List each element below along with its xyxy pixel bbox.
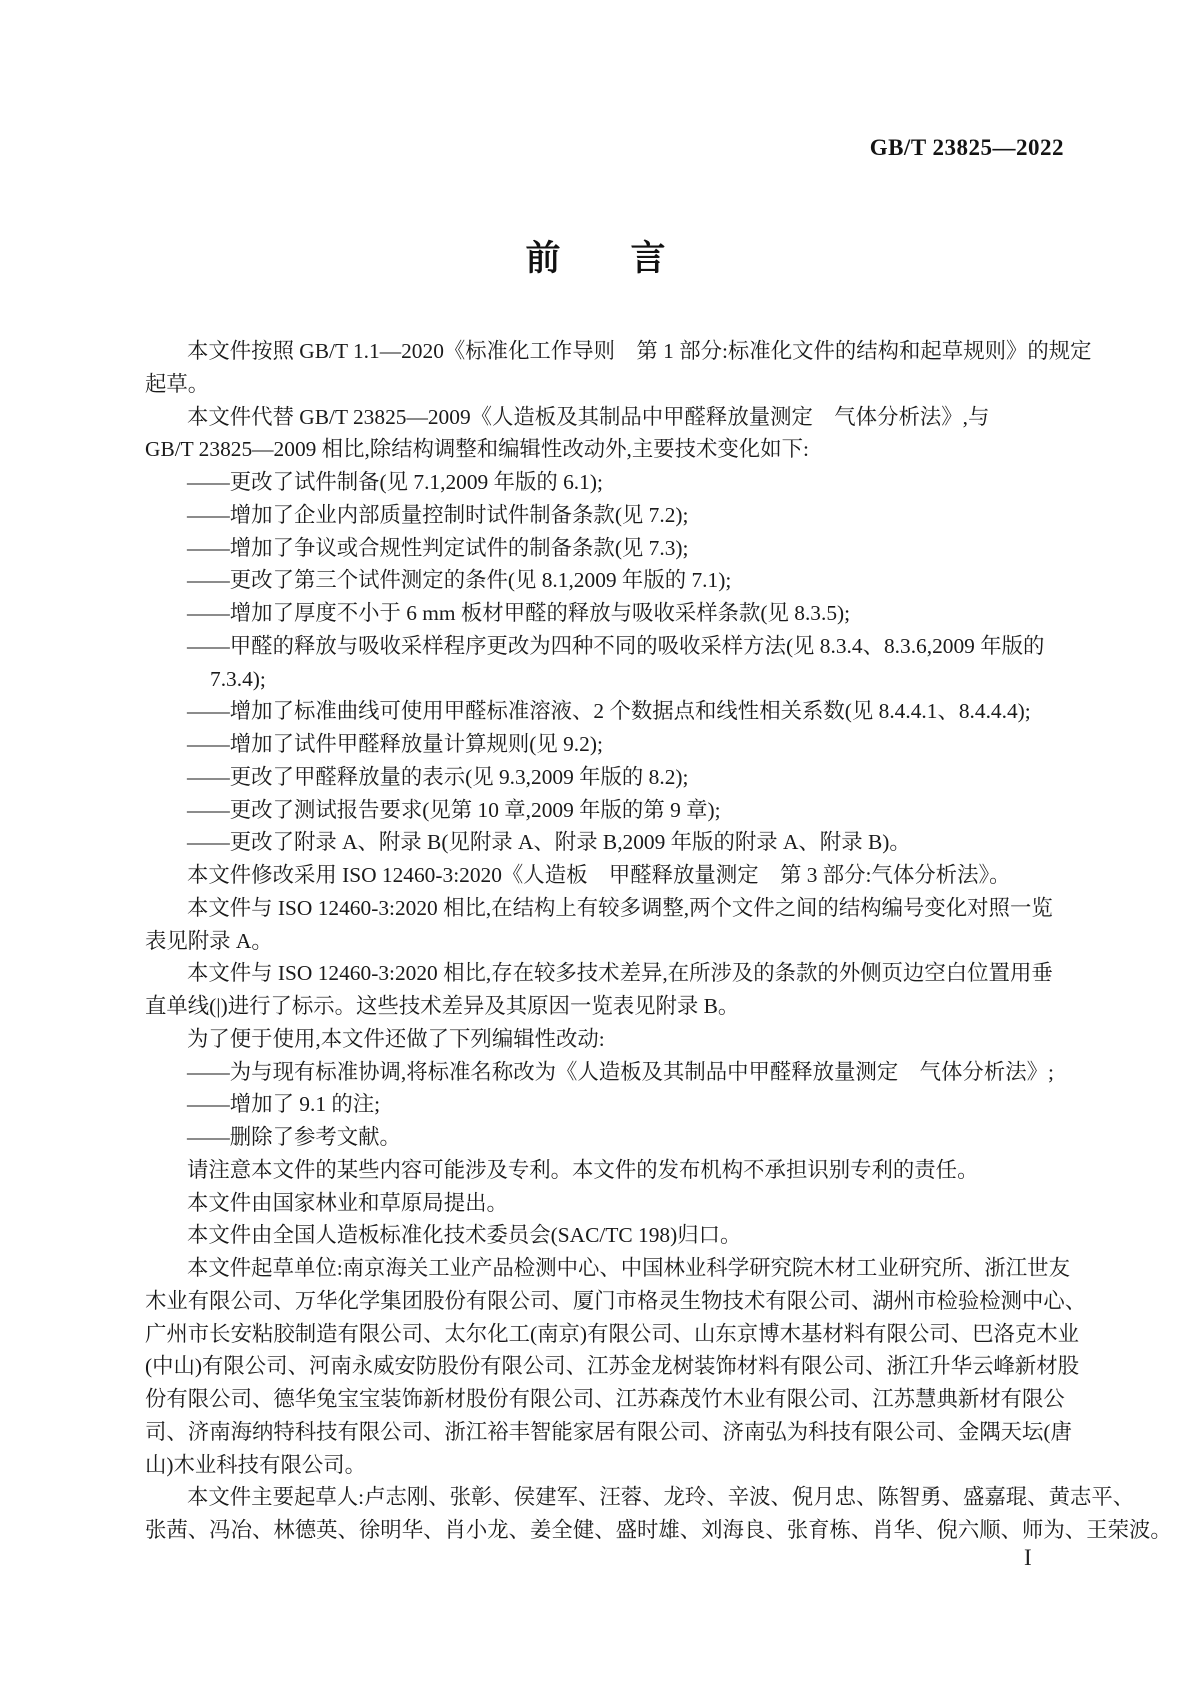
foreword-line: 请注意本文件的某些内容可能涉及专利。本文件的发布机构不承担识别专利的责任。: [145, 1154, 1063, 1187]
foreword-line: GB/T 23825—2009 相比,除结构调整和编辑性改动外,主要技术变化如下…: [145, 433, 1063, 466]
standard-number: GB/T 23825—2022: [870, 135, 1064, 161]
foreword-line: ——删除了参考文献。: [145, 1121, 1063, 1154]
foreword-line: ——更改了测试报告要求(见第 10 章,2009 年版的第 9 章);: [145, 794, 1063, 827]
foreword-lines: 本文件按照 GB/T 1.1—2020《标准化工作导则 第 1 部分:标准化文件…: [145, 335, 1063, 1547]
document-page: GB/T 23825—2022 前 言 本文件按照 GB/T 1.1—2020《…: [0, 0, 1191, 1684]
foreword-line: ——更改了试件制备(见 7.1,2009 年版的 6.1);: [145, 466, 1063, 499]
foreword-line: (中山)有限公司、河南永威安防股份有限公司、江苏金龙树装饰材料有限公司、浙江升华…: [145, 1350, 1063, 1383]
foreword-line: 份有限公司、德华兔宝宝装饰新材股份有限公司、江苏森茂竹木业有限公司、江苏慧典新材…: [145, 1383, 1063, 1416]
foreword-line: 山)木业科技有限公司。: [145, 1449, 1063, 1482]
page-title: 前 言: [0, 231, 1191, 281]
foreword-line: 本文件主要起草人:卢志刚、张彰、侯建军、汪蓉、龙玲、辛波、倪月忠、陈智勇、盛嘉琨…: [145, 1481, 1063, 1514]
foreword-line: ——增加了 9.1 的注;: [145, 1088, 1063, 1121]
foreword-line: 本文件与 ISO 12460-3:2020 相比,存在较多技术差异,在所涉及的条…: [145, 957, 1063, 990]
foreword-line: 起草。: [145, 368, 1063, 401]
foreword-line: 本文件与 ISO 12460-3:2020 相比,在结构上有较多调整,两个文件之…: [145, 892, 1063, 925]
foreword-line: 张茜、冯冶、林德英、徐明华、肖小龙、姜全健、盛时雄、刘海良、张育栋、肖华、倪六顺…: [145, 1514, 1063, 1547]
foreword-line: ——更改了附录 A、附录 B(见附录 A、附录 B,2009 年版的附录 A、附…: [145, 826, 1063, 859]
foreword-line: 7.3.4);: [145, 663, 1063, 696]
foreword-line: ——更改了甲醛释放量的表示(见 9.3,2009 年版的 8.2);: [145, 761, 1063, 794]
foreword-line: 本文件起草单位:南京海关工业产品检测中心、中国林业科学研究院木材工业研究所、浙江…: [145, 1252, 1063, 1285]
foreword-line: ——增加了争议或合规性判定试件的制备条款(见 7.3);: [145, 532, 1063, 565]
foreword-line: 表见附录 A。: [145, 925, 1063, 958]
foreword-line: 为了便于使用,本文件还做了下列编辑性改动:: [145, 1023, 1063, 1056]
foreword-line: ——增加了企业内部质量控制时试件制备条款(见 7.2);: [145, 499, 1063, 532]
foreword-line: 直单线(|)进行了标示。这些技术差异及其原因一览表见附录 B。: [145, 990, 1063, 1023]
foreword-line: ——增加了厚度不小于 6 mm 板材甲醛的释放与吸收采样条款(见 8.3.5);: [145, 597, 1063, 630]
foreword-line: 司、济南海纳特科技有限公司、浙江裕丰智能家居有限公司、济南弘为科技有限公司、金隅…: [145, 1416, 1063, 1449]
foreword-line: 木业有限公司、万华化学集团股份有限公司、厦门市格灵生物技术有限公司、湖州市检验检…: [145, 1285, 1063, 1318]
foreword-line: ——增加了试件甲醛释放量计算规则(见 9.2);: [145, 728, 1063, 761]
foreword-line: ——更改了第三个试件测定的条件(见 8.1,2009 年版的 7.1);: [145, 564, 1063, 597]
foreword-line: 本文件由国家林业和草原局提出。: [145, 1187, 1063, 1220]
foreword-line: 本文件修改采用 ISO 12460-3:2020《人造板 甲醛释放量测定 第 3…: [145, 859, 1063, 892]
page-number: I: [1024, 1545, 1032, 1571]
foreword-line: ——增加了标准曲线可使用甲醛标准溶液、2 个数据点和线性相关系数(见 8.4.4…: [145, 695, 1063, 728]
foreword-line: 本文件按照 GB/T 1.1—2020《标准化工作导则 第 1 部分:标准化文件…: [145, 335, 1063, 368]
foreword-line: 广州市长安粘胶制造有限公司、太尔化工(南京)有限公司、山东京博木基材料有限公司、…: [145, 1318, 1063, 1351]
foreword-line: ——为与现有标准协调,将标准名称改为《人造板及其制品中甲醛释放量测定 气体分析法…: [145, 1056, 1063, 1089]
foreword-line: 本文件由全国人造板标准化技术委员会(SAC/TC 198)归口。: [145, 1219, 1063, 1252]
foreword-line: 本文件代替 GB/T 23825—2009《人造板及其制品中甲醛释放量测定 气体…: [145, 401, 1063, 434]
foreword-line: ——甲醛的释放与吸收采样程序更改为四种不同的吸收采样方法(见 8.3.4、8.3…: [145, 630, 1063, 663]
